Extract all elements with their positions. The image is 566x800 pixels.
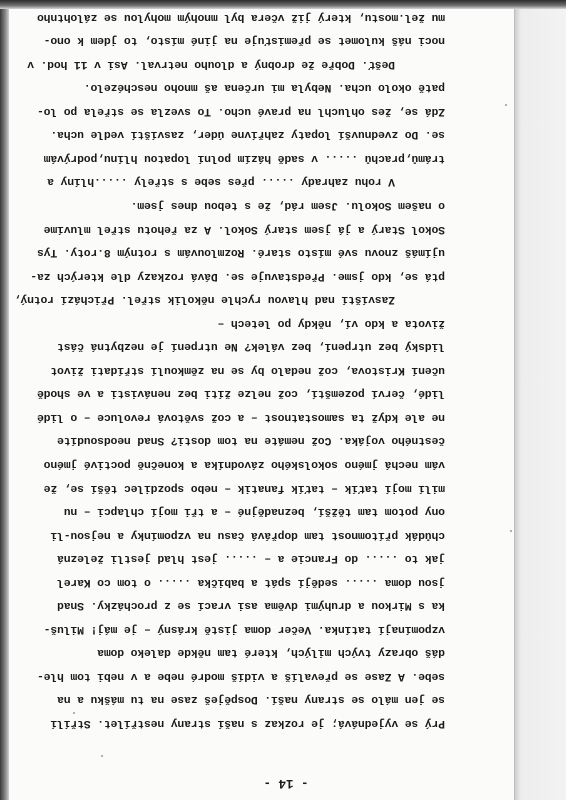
text-line: ony potom tam těžší, beznadějné – a tři … <box>25 499 445 523</box>
scan-speck <box>505 104 507 106</box>
text-line: trámů,prachů ..... v sadě házím polní lo… <box>25 145 445 169</box>
rotated-page-content: - 14 - Prý se vyjednává; je rozkaz s naš… <box>0 0 566 800</box>
text-line: se jen málo se strany naší. Dospěješ zas… <box>25 687 445 711</box>
text-line: mu žel.mostu, který již včera byl mnohým… <box>25 4 445 28</box>
text-line: chůdák přítomnost tam dopřává času na vz… <box>25 522 445 546</box>
text-line: noci náš kulomet se přemisťuje na jiné m… <box>25 28 445 52</box>
page-number-text: - 14 - <box>264 776 309 790</box>
text-line: Zdá se, žes ohluchl na pravé ucho. To sv… <box>25 98 445 122</box>
text-line: milí mojí taťík – taťík fanatik – nebo s… <box>25 475 445 499</box>
text-line: jak to ..... do Francie a – ..... jest h… <box>25 546 445 570</box>
text-line: života a kdo ví, někdy po letech – <box>25 310 445 334</box>
text-line: se. Do zvednuvší lopaty zahřívne úder, z… <box>25 122 445 146</box>
text-line: Prý se vyjednává; je rozkaz s naší stran… <box>25 710 445 734</box>
text-line: lidský bez utrpení, bez válek? Ne utrpen… <box>25 334 445 358</box>
text-line: Sokol Starý a já jsem starý Sokol. A za … <box>25 216 445 240</box>
scan-speck <box>101 755 103 757</box>
text-line: o našem Sokolu. Jsem rád, že s tebou dne… <box>25 192 445 216</box>
text-line: učení Kristova, což nedalo by se na zěmk… <box>25 357 445 381</box>
text-line: jsou doma ..... sedějí spát a babička ..… <box>25 569 445 593</box>
typewritten-body: Prý se vyjednává; je rozkaz s naší stran… <box>25 4 445 734</box>
text-line: ka s Mirkou a druhými dvěma asi vrací se… <box>25 593 445 617</box>
scanned-page: - 14 - Prý se vyjednává; je rozkaz s naš… <box>0 0 566 800</box>
page-number: - 14 - <box>0 776 566 790</box>
text-line: sebe. A Zase se převalíš a vidíš modré n… <box>25 663 445 687</box>
text-line: ptá se, kdo jsme. Představuje se. Dává r… <box>25 263 445 287</box>
text-line: ne ale když ta samostatnost – a což svět… <box>25 404 445 428</box>
text-line: Dešť. Dobře že drobný a dlouho netrval. … <box>25 51 445 75</box>
text-line: lidé, červí pozemští, což nelze žíti bez… <box>25 381 445 405</box>
text-line: vám nechá jméno sokolského závodníka a k… <box>25 451 445 475</box>
text-line: V rohu zahrady ..... přes sebe s střely … <box>25 169 445 193</box>
text-line: vzpomínají tatínka. Večer doma jistě krá… <box>25 616 445 640</box>
text-line: ujímáš znovu své místo staré. Rozmlouvám… <box>25 240 445 264</box>
text-line: Zasvíští nad hlavou rychle několik střel… <box>25 287 445 311</box>
text-line: čestného vojáka. Což nemáte na tom dosti… <box>25 428 445 452</box>
scan-speck <box>73 712 75 714</box>
scan-speck <box>510 530 512 532</box>
text-line: patě okolo ucha. Nebyla mi určena aš mno… <box>25 75 445 99</box>
text-line: dáš obrazy tvých milých, které tam někde… <box>25 640 445 664</box>
